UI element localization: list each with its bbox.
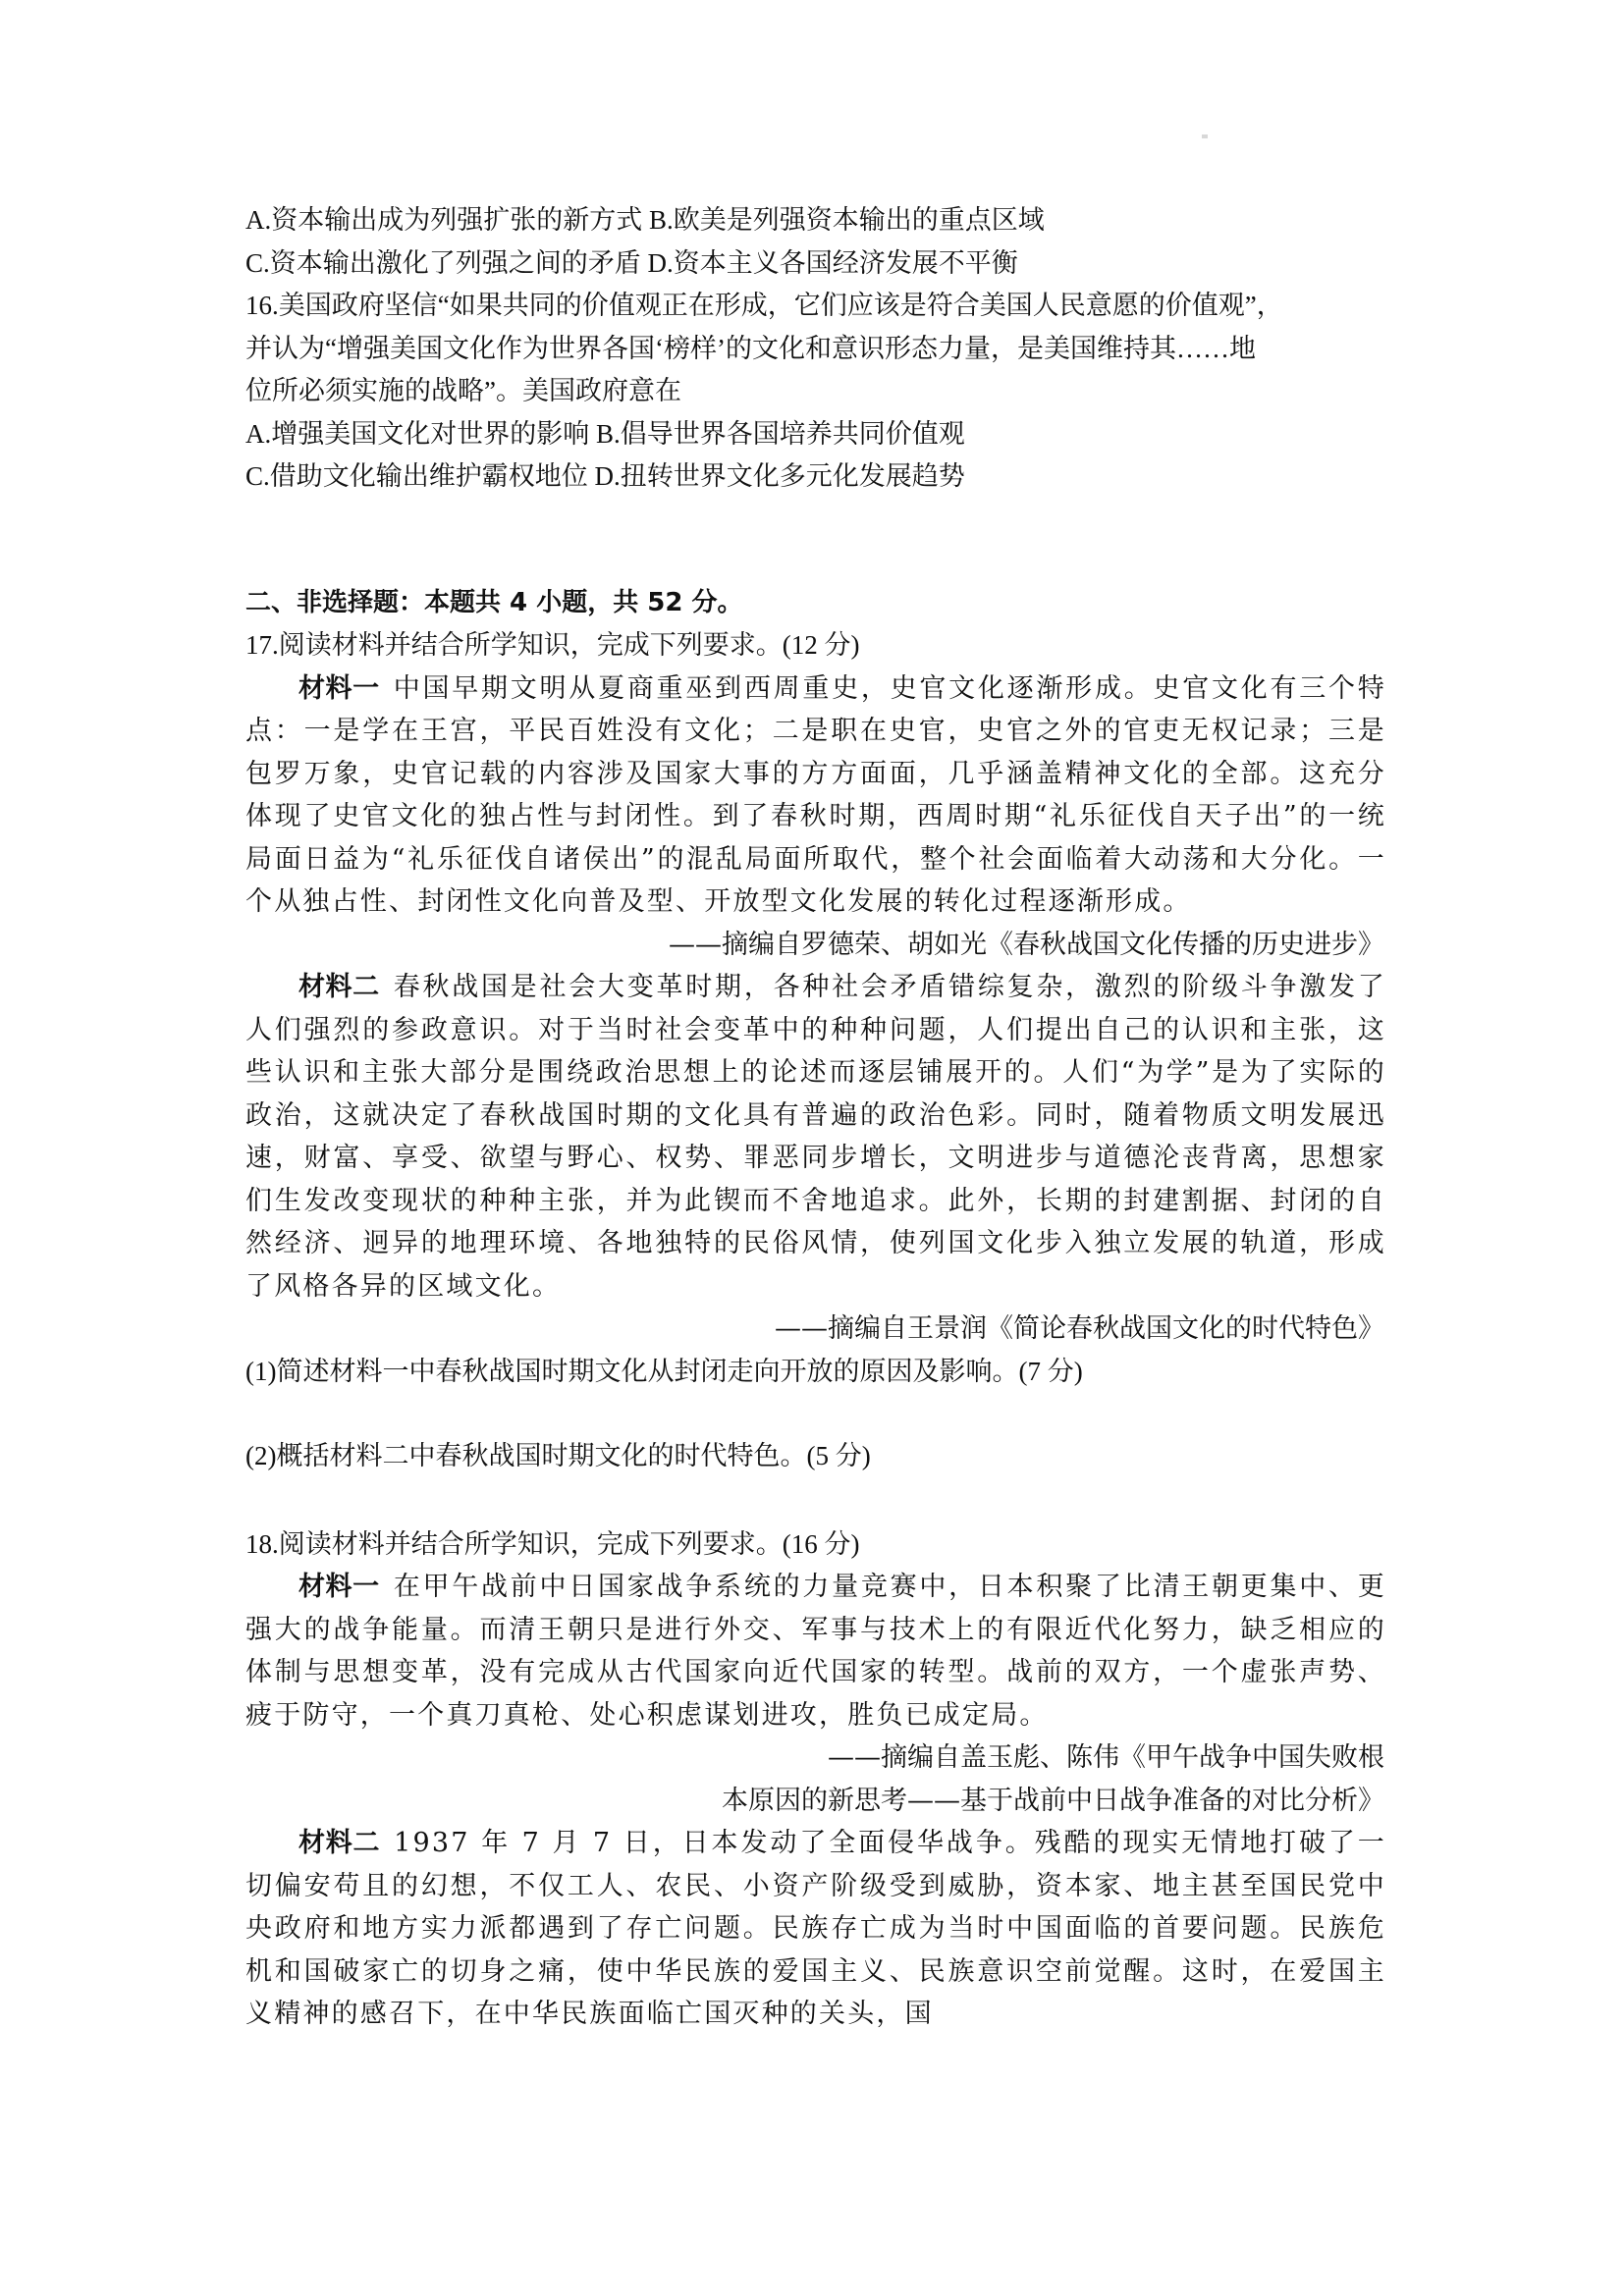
scan-artifact xyxy=(1202,134,1208,138)
q16-option-line-cd: C.借助文化输出维护霸权地位 D.扭转世界文化多元化发展趋势 xyxy=(245,455,1386,499)
question-18: 18.阅读材料并结合所学知识，完成下列要求。(16 分) 材料一在甲午战前中日国… xyxy=(245,1523,1386,2036)
q17-material-1: 材料一中国早期文明从夏商重巫到西周重史，史官文化逐渐形成。史官文化有三个特点：一… xyxy=(245,667,1386,967)
q17-subquestion-2: (2)概括材料二中春秋战国时期文化的时代特色。(5 分) xyxy=(245,1435,1386,1478)
material-source-line-1: ——摘编自盖玉彪、陈伟《甲午战争中国失败根 xyxy=(245,1736,1386,1780)
question-17: 17.阅读材料并结合所学知识，完成下列要求。(12 分) 材料一中国早期文明从夏… xyxy=(245,624,1386,1523)
material-label: 材料一 xyxy=(298,1572,380,1602)
material-text: 中国早期文明从夏商重巫到西周重史，史官文化逐渐形成。史官文化有三个特点：一是学在… xyxy=(245,673,1386,918)
answer-space xyxy=(245,1393,1386,1435)
material-text: 1937 年 7 月 7 日，日本发动了全面侵华战争。残酷的现实无情地打破了一切… xyxy=(245,1828,1386,2029)
material-source: ——摘编自王景润《简论春秋战国文化的时代特色》 xyxy=(245,1308,1386,1351)
q16-stem-line-2: 并认为“增强美国文化作为世界各国‘榜样’的文化和意识形态力量，是美国维持其……地 xyxy=(245,328,1386,371)
q17-material-2: 材料二春秋战国是社会大变革时期，各种社会矛盾错综复杂，激烈的阶级斗争激发了人们强… xyxy=(245,966,1386,1351)
q18-material-2: 材料二1937 年 7 月 7 日，日本发动了全面侵华战争。残酷的现实无情地打破… xyxy=(245,1822,1386,2036)
section-2-title: 二、非选择题：本题共 4 小题，共 52 分。 xyxy=(245,582,1386,625)
q17-subquestion-1: (1)简述材料一中春秋战国时期文化从封闭走向开放的原因及影响。(7 分) xyxy=(245,1351,1386,1394)
q15-option-line-ab: A.资本输出成为列强扩张的新方式 B.欧美是列强资本输出的重点区域 xyxy=(245,199,1386,242)
question-16: 16.美国政府坚信“如果共同的价值观正在形成，它们应该是符合美国人民意愿的价值观… xyxy=(245,285,1386,499)
q16-stem-line-1: 16.美国政府坚信“如果共同的价值观正在形成，它们应该是符合美国人民意愿的价值观… xyxy=(245,285,1386,328)
q16-option-line-ab: A.增强美国文化对世界的影响 B.倡导世界各国培养共同价值观 xyxy=(245,413,1386,456)
material-label: 材料二 xyxy=(298,972,380,1002)
q18-material-1: 材料一在甲午战前中日国家战争系统的力量竞赛中，日本积聚了比清王朝更集中、更强大的… xyxy=(245,1566,1386,1822)
material-text: 春秋战国是社会大变革时期，各种社会矛盾错综复杂，激烈的阶级斗争激发了人们强烈的参… xyxy=(245,972,1386,1302)
material-label: 材料二 xyxy=(298,1828,380,1858)
exam-page: A.资本输出成为列强扩张的新方式 B.欧美是列强资本输出的重点区域 C.资本输出… xyxy=(245,199,1386,2036)
question-15-options: A.资本输出成为列强扩张的新方式 B.欧美是列强资本输出的重点区域 C.资本输出… xyxy=(245,199,1386,285)
material-label: 材料一 xyxy=(298,673,380,704)
q18-stem: 18.阅读材料并结合所学知识，完成下列要求。(16 分) xyxy=(245,1523,1386,1567)
material-text: 在甲午战前中日国家战争系统的力量竞赛中，日本积聚了比清王朝更集中、更强大的战争能… xyxy=(245,1572,1386,1731)
q16-stem-line-3: 位所必须实施的战略”。美国政府意在 xyxy=(245,370,1386,413)
answer-space xyxy=(245,1478,1386,1523)
q15-option-line-cd: C.资本输出激化了列强之间的矛盾 D.资本主义各国经济发展不平衡 xyxy=(245,242,1386,286)
q17-stem: 17.阅读材料并结合所学知识，完成下列要求。(12 分) xyxy=(245,624,1386,667)
material-source: ——摘编自罗德荣、胡如光《春秋战国文化传播的历史进步》 xyxy=(245,924,1386,967)
material-source-line-2: 本原因的新思考——基于战前中日战争准备的对比分析》 xyxy=(245,1780,1386,1823)
